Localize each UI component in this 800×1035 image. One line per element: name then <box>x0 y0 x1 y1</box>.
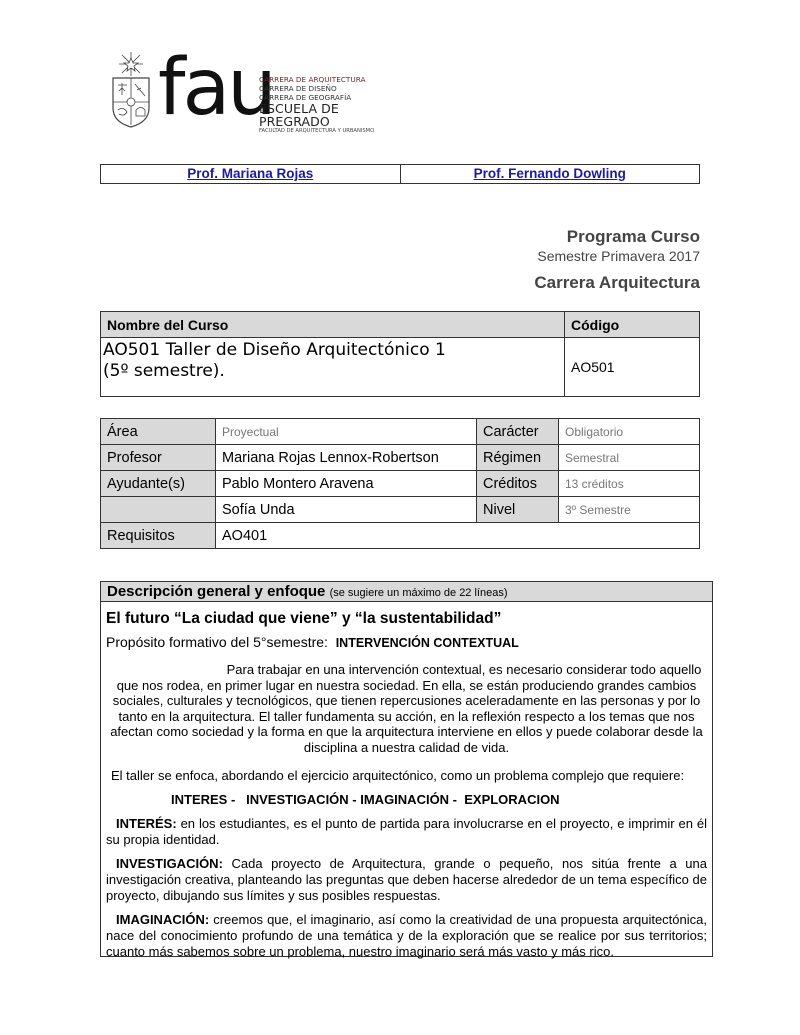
logo-line: CARRERA DE ARQUITECTURA <box>259 75 400 84</box>
item-interes: INTERÉS: en los estudiantes, es el punto… <box>106 816 707 848</box>
course-name-line: (5º semestre). <box>103 361 564 382</box>
item-label: IMAGINACIÓN: <box>106 912 209 927</box>
table-row: Área Proyectual Carácter Obligatorio <box>101 419 700 445</box>
item-label: INVESTIGACIÓN: <box>106 856 223 871</box>
professor-cell: Prof. Mariana Rojas <box>101 165 400 183</box>
requisitos-label: Requisitos <box>101 523 216 549</box>
ayudante-value: Pablo Montero Aravena <box>216 471 477 497</box>
career-label: Carrera Arquitectura <box>534 272 700 294</box>
course-header-row: Nombre del Curso Código <box>101 312 700 338</box>
description-box: Descripción general y enfoque (se sugier… <box>100 581 713 957</box>
regimen-label: Régimen <box>477 445 559 471</box>
university-crest-icon <box>110 50 152 128</box>
professors-bar: Prof. Mariana Rojas Prof. Fernando Dowli… <box>100 164 700 184</box>
paragraph-text: Para trabajar en una intervención contex… <box>110 662 703 755</box>
description-header-title: Descripción general y enfoque <box>107 583 325 600</box>
requisitos-value: AO401 <box>216 523 700 549</box>
professor-link-rojas[interactable]: Prof. Mariana Rojas <box>187 166 313 181</box>
program-title: Programa Curso <box>534 226 700 248</box>
item-label: INTERÉS: <box>106 816 177 831</box>
purpose-label: Propósito formativo del 5°semestre: <box>106 634 328 650</box>
description-header-note: (se sugiere un máximo de 22 líneas) <box>330 587 508 599</box>
description-paragraph: Para trabajar en una intervención contex… <box>106 662 707 756</box>
area-value: Proyectual <box>216 419 477 445</box>
course-row: AO501 Taller de Diseño Arquitectónico 1 … <box>101 338 700 397</box>
course-name-line: AO501 Taller de Diseño Arquitectónico 1 <box>103 340 564 361</box>
profesor-label: Profesor <box>101 445 216 471</box>
professor-link-dowling[interactable]: Prof. Fernando Dowling <box>474 166 626 181</box>
logo-line: CARRERA DE DISEÑO <box>259 84 400 93</box>
logo-text: CARRERA DE ARQUITECTURA CARRERA DE DISEÑ… <box>259 75 400 134</box>
table-row: Sofía Unda Nivel 3º Semestre <box>101 497 700 523</box>
logo-line: FACULTAD DE ARQUITECTURA Y URBANISMO <box>259 128 400 134</box>
course-code-header: Código <box>565 312 700 338</box>
course-name-header: Nombre del Curso <box>101 312 565 338</box>
course-code: AO501 <box>565 338 700 397</box>
creditos-label: Créditos <box>477 471 559 497</box>
caracter-value: Obligatorio <box>559 419 700 445</box>
course-info-table: Área Proyectual Carácter Obligatorio Pro… <box>100 418 700 549</box>
keywords: INTERES - INVESTIGACIÓN - IMAGINACIÓN - … <box>106 792 707 808</box>
table-row: Profesor Mariana Rojas Lennox-Robertson … <box>101 445 700 471</box>
course-table: Nombre del Curso Código AO501 Taller de … <box>100 311 700 397</box>
nivel-value: 3º Semestre <box>559 497 700 523</box>
regimen-value: Semestral <box>559 445 700 471</box>
description-title: El futuro “La ciudad que viene” y “la su… <box>106 609 707 629</box>
description-body: El futuro “La ciudad que viene” y “la su… <box>101 609 712 960</box>
focus-text: El taller se enfoca, abordando el ejerci… <box>106 768 707 784</box>
semester-label: Semestre Primavera 2017 <box>534 248 700 265</box>
program-heading: Programa Curso Semestre Primavera 2017 C… <box>534 226 700 294</box>
description-header: Descripción general y enfoque (se sugier… <box>101 582 712 602</box>
profesor-value: Mariana Rojas Lennox-Robertson <box>216 445 477 471</box>
fau-logo: fau CARRERA DE ARQUITECTURA CARRERA DE D… <box>110 50 400 130</box>
purpose-line: Propósito formativo del 5°semestre: INTE… <box>106 633 707 652</box>
area-label: Área <box>101 419 216 445</box>
fau-wordmark: fau <box>158 52 274 124</box>
table-row: Requisitos AO401 <box>101 523 700 549</box>
item-imaginacion: IMAGINACIÓN: creemos que, el imaginario,… <box>106 912 707 960</box>
creditos-value: 13 créditos <box>559 471 700 497</box>
logo-line: ESCUELA DE PREGRADO <box>259 102 400 128</box>
purpose-value: INTERVENCIÓN CONTEXTUAL <box>336 636 519 650</box>
item-text: en los estudiantes, es el punto de parti… <box>106 816 707 847</box>
professor-cell: Prof. Fernando Dowling <box>400 165 700 183</box>
ayudantes-label: Ayudante(s) <box>101 471 216 497</box>
nivel-label: Nivel <box>477 497 559 523</box>
table-row: Ayudante(s) Pablo Montero Aravena Crédit… <box>101 471 700 497</box>
ayudante-value: Sofía Unda <box>216 497 477 523</box>
caracter-label: Carácter <box>477 419 559 445</box>
course-name: AO501 Taller de Diseño Arquitectónico 1 … <box>101 338 565 397</box>
empty-label <box>101 497 216 523</box>
item-investigacion: INVESTIGACIÓN: Cada proyecto de Arquitec… <box>106 856 707 904</box>
